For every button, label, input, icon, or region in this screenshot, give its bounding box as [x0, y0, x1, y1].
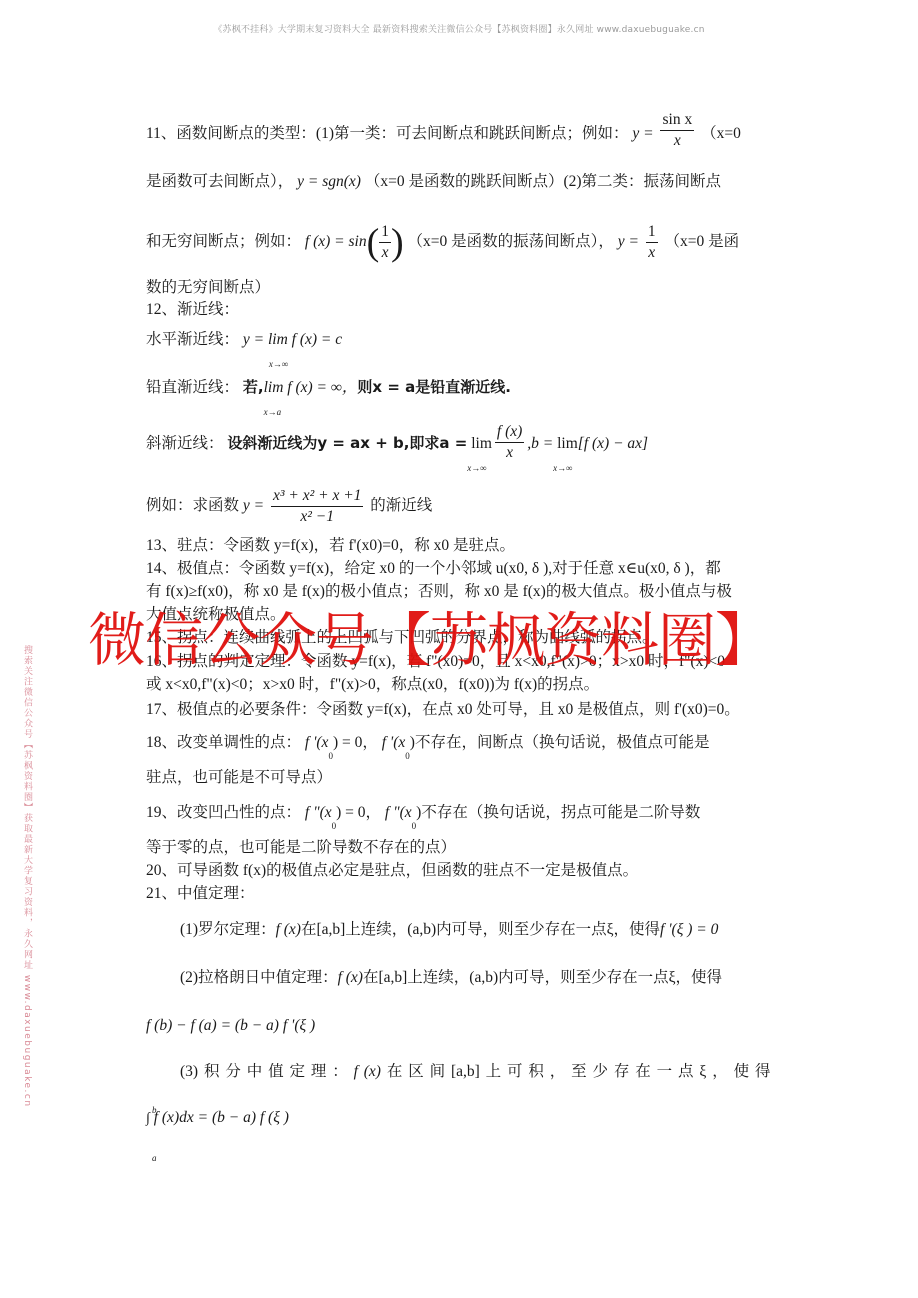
s16-line2: 或 x<x0,f"(x)<0；x>x0 时，f"(x)>0，称点(x0，f(x0…	[146, 675, 599, 695]
s18-line1: 18、改变单调性的点： f '(x0) = 0， f '(x0)不存在，间断点（…	[146, 733, 709, 754]
s21-lagrange-formula: f (b) − f (a) = (b − a) f '(ξ )	[146, 1016, 315, 1036]
fraction: x³ + x² + x +1 x² −1	[271, 486, 363, 527]
s19-line2: 等于零的点，也可能是二阶导数不存在的点）	[146, 838, 456, 858]
s12-vertical: 铅直渐近线： 若,lim f (x) = ∞，x→a则x = a是铅直渐近线.	[146, 377, 511, 398]
s21-integral-formula: b ∫ f (x)dx = (b − a) f (ξ ) a	[146, 1108, 289, 1129]
s11-line3: 和无穷间断点；例如： f (x) = sin(1x) （x=0 是函数的振荡间断…	[146, 222, 739, 263]
s14-line2: 有 f(x)≥f(x0)，称 x0 是 f(x)的极小值点；否则，称 x0 是 …	[146, 582, 732, 602]
formula: y =	[632, 125, 653, 142]
s14-line1: 14、极值点：令函数 y=f(x)，给定 x0 的一个小邻域 u(x0, δ )…	[146, 559, 721, 579]
side-banner: 搜索关注微信公众号【苏枫资料圈】获取最新大学复习资料，永久网址 www.daxu…	[20, 645, 34, 1108]
fraction: 1x	[379, 222, 391, 263]
s21-integral: (3) 积 分 中 值 定 理 ： f (x) 在 区 间 [a,b] 上 可 …	[180, 1062, 770, 1082]
s11-line1: 11、函数间断点的类型：(1)第一类：可去间断点和跳跃间断点；例如： y = s…	[146, 118, 741, 151]
page-header: 《苏枫不挂科》大学期末复习资料大全 最新资料搜索关注微信公众号【苏枫资料圈】永久…	[0, 22, 918, 35]
formula: y = sgn(x)	[297, 173, 361, 190]
s21-lagrange: (2)拉格朗日中值定理：f (x)在[a,b]上连续，(a,b)内可导，则至少存…	[180, 968, 722, 988]
formula: f (x) = sin	[305, 233, 367, 250]
s18-line2: 驻点，也可能是不可导点）	[146, 768, 332, 788]
s12-horizontal: 水平渐近线： y = lim f (x) = cx→∞	[146, 330, 342, 350]
s11-line4: 数的无穷间断点）	[146, 278, 270, 298]
formula: y =	[618, 233, 639, 250]
text: 11、函数间断点的类型：(1)第一类：可去间断点和跳跃间断点；例如：	[146, 125, 629, 142]
watermark: 微信公众号【苏枫资料圈】	[88, 604, 772, 676]
fraction: 1 x	[646, 222, 658, 263]
s11-line2: 是函数可去间断点）， y = sgn(x) （x=0 是函数的跳跃间断点）(2)…	[146, 172, 721, 192]
s21-title: 21、中值定理：	[146, 884, 255, 904]
s21-rolle: (1)罗尔定理：f (x)在[a,b]上连续，(a,b)内可导，则至少存在一点ξ…	[180, 920, 718, 940]
s12-title: 12、渐近线：	[146, 300, 239, 320]
s12-oblique: 斜渐近线： 设斜渐近线为y = ax + b,即求a = limx→∞f (x)…	[146, 426, 648, 463]
s17: 17、极值点的必要条件：令函数 y=f(x)，在点 x0 处可导，且 x0 是极…	[146, 700, 740, 720]
s19-line1: 19、改变凹凸性的点： f "(x0) = 0， f "(x0)不存在（换句话说…	[146, 803, 700, 824]
s12-example: 例如：求函数 y = x³ + x² + x +1 x² −1 的渐近线	[146, 486, 432, 527]
s13: 13、驻点：令函数 y=f(x)，若 f'(x0)=0，称 x0 是驻点。	[146, 536, 515, 556]
fraction: f (x)x	[495, 422, 524, 463]
text: （x=0	[701, 125, 741, 142]
s20: 20、可导函数 f(x)的极值点必定是驻点，但函数的驻点不一定是极值点。	[146, 861, 638, 881]
fraction: sin x x	[660, 110, 694, 151]
